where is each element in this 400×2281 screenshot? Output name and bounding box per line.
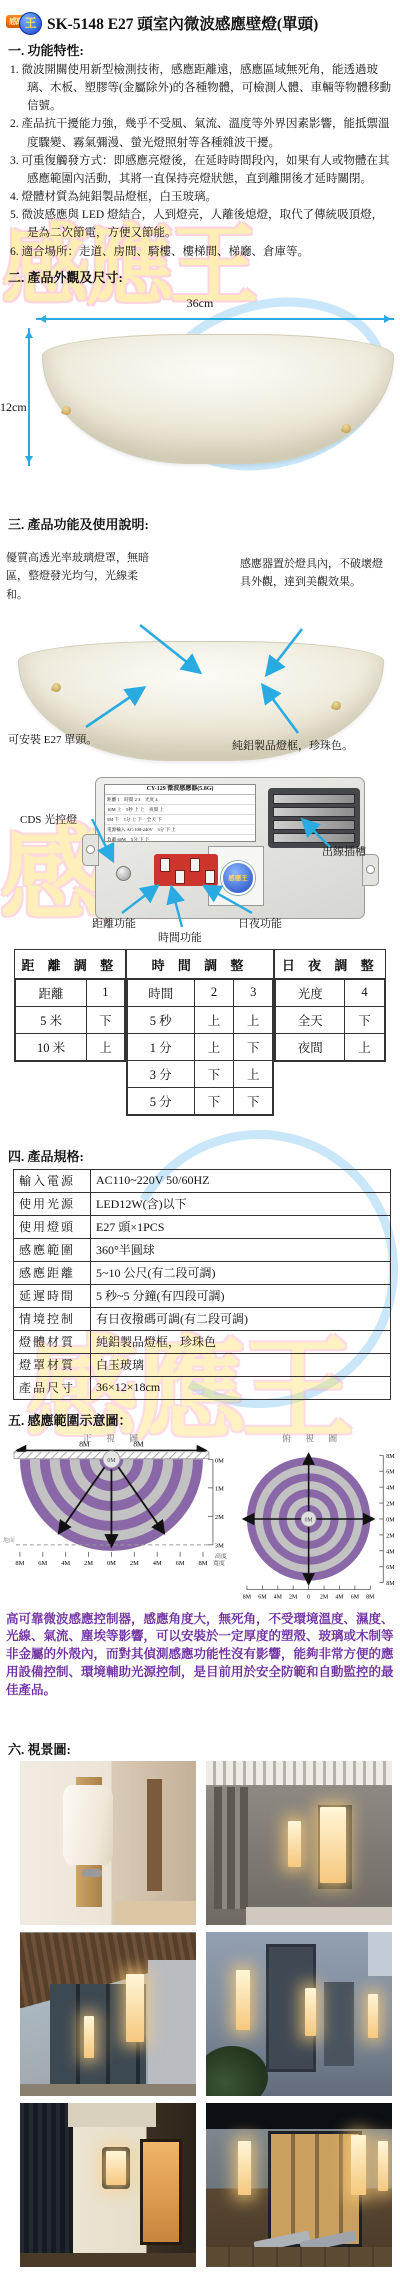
table-row: 5 分下下 [127,1087,273,1114]
table-cell: 下 [194,1060,233,1087]
module-rating-label: CY-129 微波感應器(5.8G) 距離 1 時間 2 3 光度 4 10M … [104,784,256,842]
table-row: 10 米上 [16,1033,125,1060]
svg-text:8M: 8M [15,1559,24,1566]
range-description: 高可靠微波感應控制器，感應角度大，無死角，不受環境溫度、濕度、光線、氣流、塵埃等… [6,1611,394,1700]
photo-wall-lamp [84,2016,94,2058]
svg-text:8M: 8M [199,1559,208,1566]
adjustment-tables: 距 離 調 整 距離15 米下10 米上 時 間 調 整 時間235 秒上上1 … [14,949,386,1116]
table-row: 情境控制有日夜撥碼可調(有二段可調) [14,1307,391,1330]
feature-item: 5. 微波感應與 LED 燈結合，人到燈亮，人離後熄燈，取代了傳統吸頂燈，是為二… [10,206,394,242]
dip-switch [190,858,200,872]
dip-switch-bank [154,854,218,886]
photo-detail [214,1787,248,1909]
section-heading-appearance: 二. 產品外觀及尺寸: [8,267,392,286]
table-row: 光度4 [276,979,385,1006]
lifestyle-photo-2 [206,1761,392,1925]
module-label-row: 5M 下 1分 上 下 全天 下 [105,815,255,825]
photo-wall-lamp [305,1988,316,2036]
table-cell: 使用燈頭 [14,1215,91,1238]
time-switch-label: 時間功能 [158,929,202,948]
table-cell: 上 [194,1033,233,1060]
svg-text:2M: 2M [289,1594,298,1600]
table-cell: 延遲時間 [14,1284,91,1307]
table-row: 感應距離5~10 公尺(有二段可調) [14,1261,391,1284]
photo-wood-slats [20,2103,73,2267]
table-row: 距離1 [16,979,125,1006]
e27-callout-text: 可安裝 E27 單頭。 [8,731,97,750]
photo-wall-lamp [318,1805,352,1889]
page-title: SK-5148 E27 頭室內微波感應壁燈(單頭) [47,12,318,34]
svg-text:6M: 6M [386,1469,395,1475]
table-row: 燈罩材質白玉玻璃 [14,1353,391,1376]
svg-text:2M: 2M [130,1559,139,1566]
table-cell: 燈罩材質 [14,1353,91,1376]
svg-text:地面: 地面 [3,1536,15,1544]
photo-wall-lamp [378,2141,388,2191]
lifestyle-photo-4 [206,1932,392,2096]
photo-wall-lamp [288,1821,301,1867]
svg-text:4M: 4M [61,1559,70,1566]
table-cell: 1 [87,979,125,1006]
section-heading-usage: 三. 產品功能及使用說明: [8,514,392,533]
photo-pull-chain [90,1877,92,1905]
svg-text:4M: 4M [386,1549,395,1555]
lifestyle-photo-5 [20,2103,196,2267]
terminal-slot [273,820,355,830]
table-cell: 5 分 [127,1087,194,1114]
lifestyle-photo-3 [20,1932,196,2096]
feature-item: 1. 微波開關使用新型檢測技術，感應距離遠，感應區域無死角，能透過玻璃、木板、塑… [10,61,394,115]
table-row: 產品尺寸36×12×18cm [14,1376,391,1399]
table-cell: 下 [87,1006,125,1033]
module-label-row: 距離 1 時間 2 3 光度 4 [105,795,255,805]
table-row: 時間23 [127,979,273,1006]
table-cell: 距離 [16,979,87,1006]
table-row: 5 米下 [16,1006,125,1033]
distance-switch-label: 距離功能 [92,915,136,934]
table-cell: 5 秒 [127,1006,194,1033]
table-cell: 全天 [276,1006,345,1033]
lifestyle-photo-1 [20,1761,196,1925]
spec-sheet-page: 感應王 感應王 感應王 感應 王 SK-5148 E27 頭室內微波感應壁燈(單… [0,0,400,2281]
lifestyle-photo-6 [206,2103,392,2267]
table-cell: 5~10 公尺(有二段可調) [91,1261,391,1284]
svg-text:4M: 4M [386,1485,395,1491]
table-cell: 10 米 [16,1033,87,1060]
table-cell: 感應距離 [14,1261,91,1284]
range-diagrams: 正 視 圖 8M 8M 0M [2,1431,400,1603]
table-cell: 3 [234,979,273,1006]
top-view-diagram: 俯 視 圖 0M 8M [237,1431,400,1603]
photo-lamp-base [82,1869,102,1877]
table-cell: 輸入電源 [14,1169,91,1192]
photo-window [324,1982,354,2066]
svg-text:8M: 8M [386,1581,395,1587]
dip-switch [160,858,170,872]
photo-window [140,2139,182,2245]
height-dimension-arrow [28,328,30,466]
table-title: 時 間 調 整 [127,950,274,979]
lamp-dimension-figure: 36cm 12cm [0,288,400,470]
table-cell: 5 秒~5 分鐘(有四段可調) [91,1284,391,1307]
sensor-callout-text: 感應器置於燈具內，不破壞燈具外觀，達到美觀效果。 [240,555,392,592]
photo-detail [20,2253,196,2267]
table-cell: 使用光源 [14,1192,91,1215]
table-cell: LED12W(含)以下 [91,1192,391,1215]
section-heading-features: 一. 功能特性: [8,40,392,59]
table-cell: 情境控制 [14,1307,91,1330]
feature-list: 1. 微波開關使用新型檢測技術，感應距離遠，感應區域無死角，能透過玻璃、木板、塑… [10,61,394,261]
module-label-row: 10M 上 5秒 上 上 夜間 上 [105,805,255,815]
table-cell: 時間 [127,979,194,1006]
photo-deck [206,2247,392,2267]
photo-wall-lamp [126,1974,144,2042]
daynight-switch-label: 日夜功能 [238,915,282,934]
svg-text:0M: 0M [386,1517,395,1523]
photo-lamp-glow [106,2151,126,2185]
photo-detail [20,2084,196,2096]
svg-text:8M: 8M [79,1439,90,1448]
svg-text:2M: 2M [386,1501,395,1507]
photo-detail [368,1932,392,1976]
table-cell: 純鋁製品燈框，珍珠色 [91,1330,391,1353]
wire-terminal-block [268,788,360,848]
table-cell: 4 [344,979,384,1006]
width-dimension-label: 36cm [0,296,400,311]
svg-text:2M: 2M [215,1514,224,1521]
table-cell: 上 [87,1033,125,1060]
feature-item: 6. 適合場所：走道、房間、騎樓、樓梯間、梯廳、倉庫等。 [10,243,394,261]
table-cell: 上 [344,1033,384,1060]
section-heading-range: 五. 感應範圍示意圖： [8,1410,392,1429]
daynight-adjust-table: 日 夜 調 整 光度4全天下夜間上 [274,949,386,1062]
photo-plant [206,2046,268,2096]
table-cell: 夜間 [276,1033,345,1060]
photo-wall-lamp [238,2141,251,2195]
section-heading-specs: 四. 產品規格: [8,1146,392,1165]
table-cell: 3 分 [127,1060,194,1087]
table-cell: 下 [234,1087,273,1114]
lamp-callout-figure: 優質高透光率玻璃燈罩，無暗區，整燈發光均勻，光線柔和。 感應器置於燈具內，不破壞… [0,535,400,767]
table-row: 3 分下上 [127,1060,273,1087]
table-cell: 產品尺寸 [14,1376,91,1399]
table-row: 使用光源LED12W(含)以下 [14,1192,391,1215]
spec-table: 輸入電源AC110~220V 50/60HZ使用光源LED12W(含)以下使用燈… [13,1169,391,1400]
photo-wall-lamp [351,2135,366,2195]
svg-text:1M: 1M [215,1485,224,1492]
svg-text:2M: 2M [320,1594,329,1600]
photo-detail [147,1779,162,1891]
table-cell: E27 頭×1PCS [91,1215,391,1238]
svg-text:4M: 4M [153,1559,162,1566]
table-row: 感應範圍360°半圓球 [14,1238,391,1261]
section-heading-scenes: 六. 視景圖: [8,1739,392,1758]
svg-text:6M: 6M [351,1594,360,1600]
photo-detail [68,2103,156,2127]
svg-text:4M: 4M [273,1594,282,1600]
screw-hole [86,845,95,854]
screw-hole [366,865,375,874]
frame-callout-text: 純鋁製品燈框，珍珠色。 [232,737,353,756]
svg-text:6M: 6M [258,1594,267,1600]
table-cell: 1 分 [127,1033,194,1060]
svg-text:6M: 6M [386,1565,395,1571]
height-dimension-label: 12cm [0,400,27,415]
table-row: 夜間上 [276,1033,385,1060]
module-label-row: 電源輸入 AC:100-240V 3分 下 上 [105,825,255,835]
photo-wall-lamp [236,1970,250,2030]
table-cell: 下 [344,1006,384,1033]
cds-callout-text: CDS 光控燈 [20,811,77,830]
photo-wall-lamp [368,1994,378,2038]
photo-glass-door [268,2131,362,2247]
table-cell: 上 [234,1060,273,1087]
table-title: 日 夜 調 整 [275,950,385,979]
table-cell: 5 米 [16,1006,87,1033]
table-cell: AC110~220V 50/60HZ [91,1169,391,1192]
svg-text:8M: 8M [133,1439,144,1448]
photo-ceiling-slats [206,1761,392,1785]
dip-switch [175,870,185,884]
time-adjust-table: 時 間 調 整 時間235 秒上上1 分上下3 分下上5 分下下 [126,949,275,1116]
svg-text:寬度: 寬度 [213,1558,225,1566]
module-label-row: 負載:60W 5分 下 下 [105,835,255,842]
sensor-module-figure: CY-129 微波感應器(5.8G) 距離 1 時間 2 3 光度 4 10M … [0,767,400,945]
module-model-text: CY-129 微波感應器(5.8G) [105,785,255,795]
table-cell: 白玉玻璃 [91,1353,391,1376]
table-row: 延遲時間5 秒~5 分鐘(有四段可調) [14,1284,391,1307]
table-cell: 上 [194,1006,233,1033]
table-row: 全天下 [276,1006,385,1033]
table-cell: 光度 [276,979,345,1006]
cds-light-sensor [116,866,131,881]
table-cell: 2 [194,979,233,1006]
svg-text:高度: 高度 [215,1552,227,1560]
photo-detail [148,1960,196,2096]
photo-lamp-shade [63,1785,113,1865]
feature-item: 2. 產品抗干擾能力強，幾乎不受風、氣流、溫度等外界因素影響，能抵禦溫度驟變、霧… [10,115,394,151]
terminal-slot [273,807,355,817]
terminal-slot [273,833,355,843]
brand-logo-ball: 王 [19,12,42,35]
feature-item: 4. 燈體材質為純鋁製品燈框，白玉玻璃。 [10,188,394,206]
outlet-callout-text: 出線插槽 [322,843,366,862]
distance-adjust-table: 距 離 調 整 距離15 米下10 米上 [14,949,126,1062]
svg-text:6M: 6M [176,1559,185,1566]
brand-logo-icon: 感應 王 [6,12,42,34]
feature-item: 3. 可重復觸發方式：即感應亮燈後，在延時時間段內，如果有人或物體在其感應範圍內… [10,152,394,188]
svg-text:0M: 0M [215,1457,224,1464]
lamp-glass-shade [42,334,394,464]
table-cell: 上 [234,1006,273,1033]
svg-text:2M: 2M [84,1559,93,1566]
svg-text:0M: 0M [107,1559,116,1566]
table-row: 1 分上下 [127,1033,273,1060]
photo-detail [246,1907,392,1925]
table-row: 使用燈頭E27 頭×1PCS [14,1215,391,1238]
svg-text:俯 視 圖: 俯 視 圖 [282,1433,343,1443]
photo-lamp-glow [320,1807,346,1883]
table-row: 5 秒上上 [127,1006,273,1033]
table-row: 燈體材質純鋁製品燈框，珍珠色 [14,1330,391,1353]
table-cell: 感應範圍 [14,1238,91,1261]
front-view-diagram: 正 視 圖 8M 8M 0M [2,1431,235,1601]
table-row: 輸入電源AC110~220V 50/60HZ [14,1169,391,1192]
svg-text:8M: 8M [366,1594,375,1600]
table-cell: 燈體材質 [14,1330,91,1353]
scene-photo-grid [20,1761,400,2267]
svg-text:2M: 2M [386,1533,395,1539]
svg-text:0M: 0M [304,1517,312,1523]
page-header: 感應 王 SK-5148 E27 頭室內微波感應壁燈(單頭) [6,12,394,34]
brand-sticker: 感應王 [221,861,255,895]
svg-text:4M: 4M [335,1594,344,1600]
table-cell: 有日夜撥碼可調(有二段可調) [91,1307,391,1330]
svg-text:0: 0 [307,1594,310,1600]
table-cell: 360°半圓球 [91,1238,391,1261]
terminal-slot [273,794,355,804]
svg-text:8M: 8M [243,1594,252,1600]
table-cell: 下 [234,1033,273,1060]
svg-text:8M: 8M [386,1454,395,1460]
svg-text:6M: 6M [38,1559,47,1566]
svg-text:3M: 3M [215,1542,224,1549]
mounting-ear [82,834,99,866]
photo-wall-lamp [102,2147,130,2189]
table-title: 距 離 調 整 [15,950,125,979]
svg-text:0M: 0M [107,1457,116,1463]
table-cell: 36×12×18cm [91,1376,391,1399]
table-cell: 下 [194,1087,233,1114]
dip-switch [205,870,215,884]
photo-detail [115,1901,196,1925]
glass-callout-text: 優質高透光率玻璃燈罩，無暗區，整燈發光均勻，光線柔和。 [6,549,156,605]
width-dimension-arrow [36,318,394,320]
